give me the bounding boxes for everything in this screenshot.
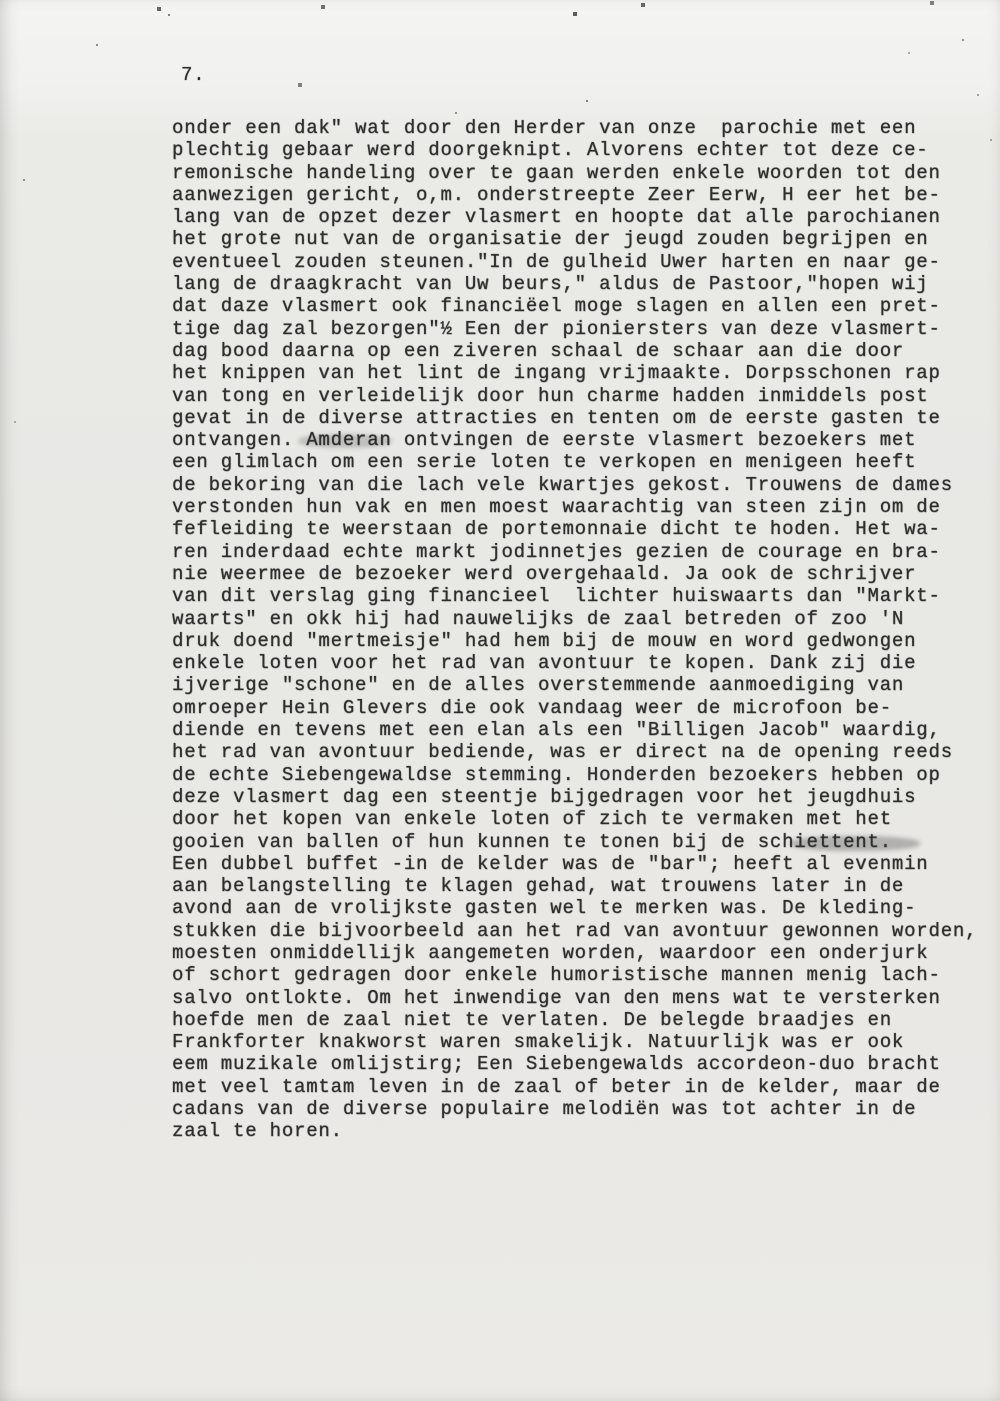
- text-line: het rad van avontuur bediende, was er di…: [172, 741, 982, 763]
- text-line: gevat in de diverse attracties en tenten…: [172, 407, 982, 429]
- text-line: door het kopen van enkele loten of zich …: [172, 808, 982, 830]
- text-line: zaal te horen.: [172, 1120, 982, 1142]
- text-line: avond aan de vrolijkste gasten wel te me…: [172, 897, 982, 919]
- text-line: van tong en verleidelijk door hun charme…: [172, 385, 982, 407]
- text-line: nie weermee de bezoeker werd overgehaald…: [172, 563, 982, 585]
- text-line: deze vlasmert dag een steentje bijgedrag…: [172, 786, 982, 808]
- text-line: stukken die bijvoorbeeld aan het rad van…: [172, 920, 982, 942]
- text-line: Een dubbel buffet -in de kelder was de "…: [172, 853, 982, 875]
- text-line: fefleiding te weerstaan de portemonnaie …: [172, 518, 982, 540]
- text-line: ijverige "schone" en de alles overstemme…: [172, 674, 982, 696]
- text-line: onder een dak" wat door den Herder van o…: [172, 117, 982, 139]
- document-body-text: onder een dak" wat door den Herder van o…: [172, 117, 982, 1143]
- text-line: tige dag zal bezorgen"½ Een der pioniers…: [172, 318, 982, 340]
- text-line: Frankforter knakworst waren smakelijk. N…: [172, 1031, 982, 1053]
- text-line: dag bood daarna op een ziveren schaal de…: [172, 340, 982, 362]
- text-line: met veel tamtam leven in de zaal of bete…: [172, 1076, 982, 1098]
- text-line: een glimlach om een serie loten te verko…: [172, 451, 982, 473]
- text-line: verstonden hun vak en men moest waaracht…: [172, 496, 982, 518]
- text-line: diende en tevens met een elan als een "B…: [172, 719, 982, 741]
- text-line: plechtig gebaar werd doorgeknipt. Alvore…: [172, 139, 982, 161]
- text-line: de echte Siebengewaldse stemming. Honder…: [172, 764, 982, 786]
- text-line: aanwezigen gericht, o,m. onderstreepte Z…: [172, 184, 982, 206]
- scanned-document-page: 7. onder een dak" wat door den Herder va…: [0, 0, 1000, 1401]
- scan-noise-specks: [0, 0, 2, 2]
- text-line: salvo ontlokte. Om het inwendige van den…: [172, 987, 982, 1009]
- text-line: lang de draagkracht van Uw beurs," aldus…: [172, 273, 982, 295]
- text-line: hoefde men de zaal niet te verlaten. De …: [172, 1009, 982, 1031]
- text-line: de bekoring van die lach vele kwartjes g…: [172, 474, 982, 496]
- text-line: eem muzikale omlijstirg; Een Siebengewal…: [172, 1053, 982, 1075]
- text-line: eventueel zouden steunen."In de gulheid …: [172, 251, 982, 273]
- text-line: het grote nut van de organisatie der jeu…: [172, 228, 982, 250]
- text-line: remonische handeling over te gaan werden…: [172, 162, 982, 184]
- text-line: van dit verslag ging financieel lichter …: [172, 585, 982, 607]
- text-line: druk doend "mertmeisje" had hem bij de m…: [172, 630, 982, 652]
- text-line: ren inderdaad echte markt jodinnetjes ge…: [172, 541, 982, 563]
- page-number: 7.: [181, 64, 205, 86]
- text-line: of schort gedragen door enkele humoristi…: [172, 964, 982, 986]
- text-line: dat daze vlasmert ook financiëel moge sl…: [172, 295, 982, 317]
- text-line: gooien van ballen of hun kunnen te tonen…: [172, 831, 982, 853]
- text-line: cadans van de diverse populaire melodiën…: [172, 1098, 982, 1120]
- text-line: het knippen van het lint de ingang vrijm…: [172, 362, 982, 384]
- text-line: waarts" en okk hij had nauwelijks de zaa…: [172, 608, 982, 630]
- text-line: enkele loten voor het rad van avontuur t…: [172, 652, 982, 674]
- text-line: aan belangstelling te klagen gehad, wat …: [172, 875, 982, 897]
- text-line: lang van de opzet dezer vlasmert en hoop…: [172, 206, 982, 228]
- text-line: ontvangen. Amderan ontvingen de eerste v…: [172, 429, 982, 451]
- text-line: omroeper Hein Glevers die ook vandaag we…: [172, 697, 982, 719]
- text-line: moesten onmiddellijk aangemeten worden, …: [172, 942, 982, 964]
